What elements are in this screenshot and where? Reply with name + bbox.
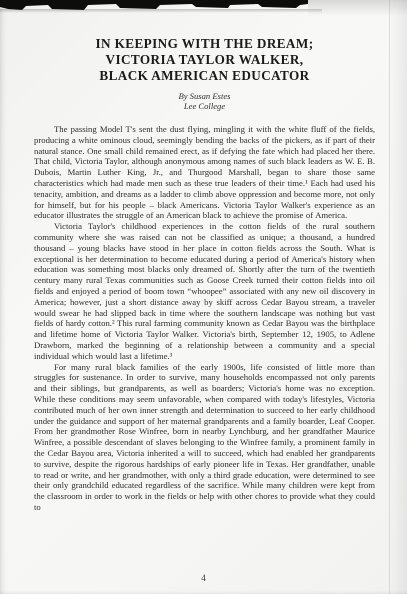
- article-title: IN KEEPING WITH THE DREAM; VICTORIA TAYL…: [34, 36, 375, 84]
- byline-block: By Susan Estes Lee College: [34, 91, 375, 111]
- title-line-3: BLACK AMERICAN EDUCATOR: [99, 68, 309, 83]
- affiliation: Lee College: [34, 101, 375, 111]
- title-line-2: VICTORIA TAYLOR WALKER,: [106, 52, 304, 67]
- byline: By Susan Estes: [34, 91, 375, 101]
- paragraph-1: The passing Model T's sent the dust flyi…: [34, 124, 375, 221]
- paragraph-3: For many rural black families of the ear…: [34, 362, 375, 513]
- paragraph-2: Victoria Taylor's childhood experiences …: [34, 221, 375, 361]
- title-line-1: IN KEEPING WITH THE DREAM;: [95, 36, 313, 51]
- article-body: The passing Model T's sent the dust flyi…: [34, 124, 375, 513]
- scanned-document-page: IN KEEPING WITH THE DREAM; VICTORIA TAYL…: [0, 0, 407, 594]
- page-number: 4: [0, 573, 407, 583]
- article-content: IN KEEPING WITH THE DREAM; VICTORIA TAYL…: [0, 0, 407, 513]
